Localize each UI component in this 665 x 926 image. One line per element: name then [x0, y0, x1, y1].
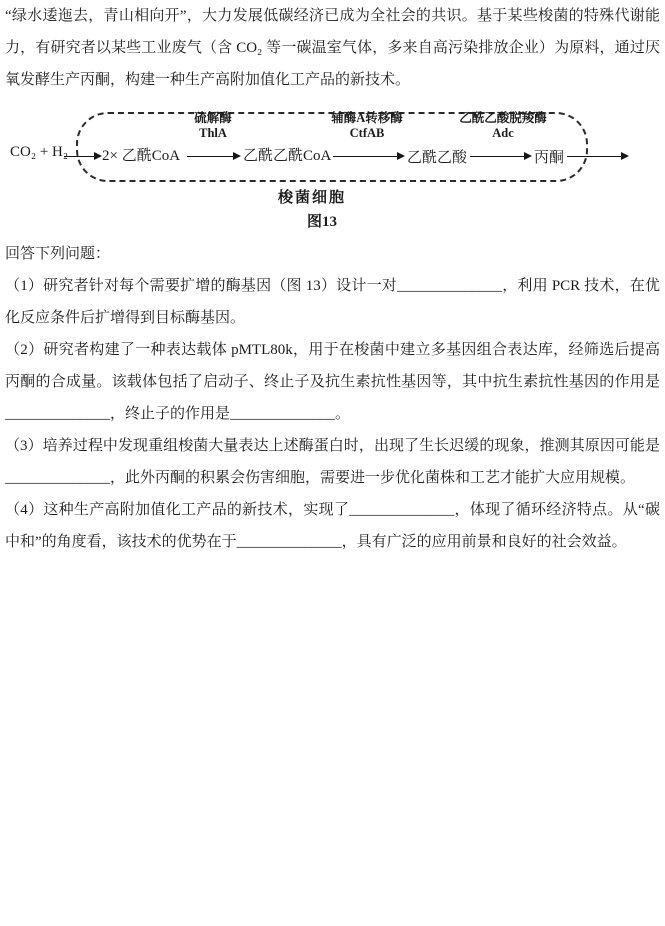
figure-input-label: CO₂ + H₂: [10, 144, 68, 161]
arrow-into-cell: [64, 156, 100, 157]
arrow-adc: [470, 156, 530, 157]
enzyme-label-thiolase: 硫解酶 ThlA: [194, 111, 232, 141]
questions-intro: 回答下列问题：: [5, 238, 660, 270]
questions-block: 回答下列问题： （1）研究者针对每个需要扩增的酶基因（图 13）设计一对____…: [5, 238, 660, 558]
flow-node-acetoacetate: 乙酰乙酸: [407, 146, 467, 167]
arrow-ctfab: [333, 156, 403, 157]
flow-node-acetone: 丙酮: [534, 146, 564, 167]
question-1: （1）研究者针对每个需要扩增的酶基因（图 13）设计一对____________…: [5, 270, 660, 334]
flow-node-acetyl-coa: 2× 乙酰CoA: [102, 144, 180, 165]
intro-paragraph: “绿水逶迤去，青山相向开”，大力发展低碳经济已成为全社会的共识。基于某些梭菌的特…: [5, 0, 660, 96]
figure-13: CO₂ + H₂ 2× 乙酰CoA 硫解酶 ThlA 乙酰乙酰CoA 辅酶A转移…: [0, 100, 665, 235]
cell-label: 梭菌细胞: [278, 186, 346, 207]
question-4: （4）这种生产高附加值化工产品的新技术，实现了______________，体现…: [5, 494, 660, 558]
question-2: （2）研究者构建了一种表达载体 pMTL80k，用于在梭菌中建立多基因组合表达库…: [5, 334, 660, 430]
document-page: “绿水逶迤去，青山相向开”，大力发展低碳经济已成为全社会的共识。基于某些梭菌的特…: [0, 0, 665, 926]
enzyme-name-cn: 辅酶A转移酶: [331, 111, 403, 126]
flow-node-acetoacetyl-coa: 乙酰乙酰CoA: [243, 144, 331, 165]
arrow-out-of-cell: [567, 156, 627, 157]
enzyme-name-cn: 硫解酶: [194, 111, 232, 126]
question-3: （3）培养过程中发现重组梭菌大量表达上述酶蛋白时，出现了生长迟缓的现象，推测其原…: [5, 430, 660, 494]
enzyme-label-coa-transferase: 辅酶A转移酶 CtfAB: [331, 111, 403, 141]
enzyme-label-decarboxylase: 乙酰乙酸脱羧酶 Adc: [459, 111, 547, 141]
arrow-thla: [187, 156, 239, 157]
enzyme-gene: ThlA: [194, 126, 232, 141]
enzyme-gene: CtfAB: [331, 126, 403, 141]
enzyme-gene: Adc: [459, 126, 547, 141]
enzyme-name-cn: 乙酰乙酸脱羧酶: [459, 111, 547, 126]
figure-caption: 图13: [307, 210, 337, 231]
